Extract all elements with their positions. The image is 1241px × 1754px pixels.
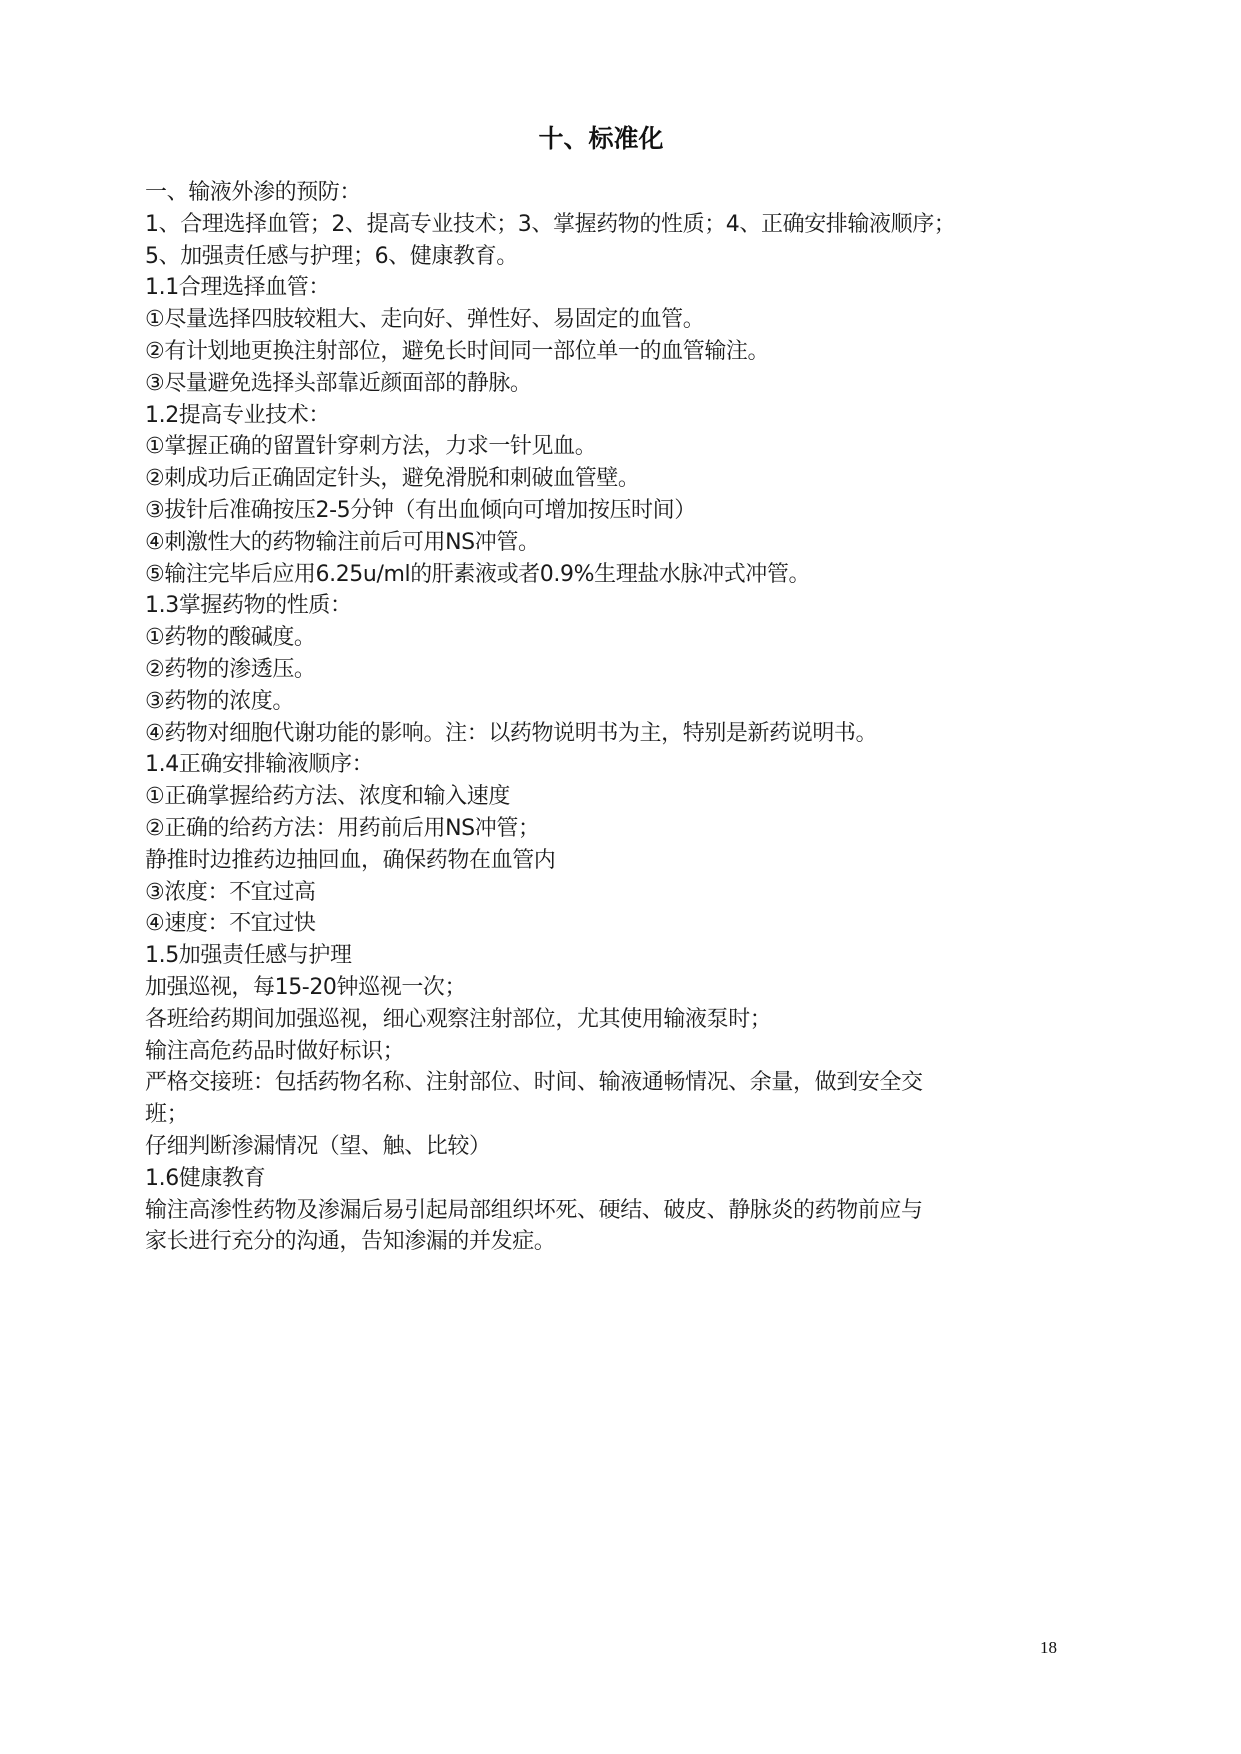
subsection-heading: 1.4正确安排输液顺序： [145, 749, 1065, 781]
paragraph-line: 班； [145, 1099, 1065, 1131]
paragraph-line: 静推时边推药边抽回血，确保药物在血管内 [145, 845, 1065, 877]
page-title: 十、标准化 [0, 124, 1202, 154]
subsection-heading: 1.2提高专业技术： [145, 400, 1065, 432]
list-item: ③尽量避免选择头部靠近颜面部的静脉。 [145, 368, 1065, 400]
subsection-heading: 1.6健康教育 [145, 1163, 1065, 1195]
paragraph-line: 1、合理选择血管；2、提高专业技术；3、掌握药物的性质；4、正确安排输液顺序； [145, 209, 1065, 241]
subsection-heading: 1.3掌握药物的性质： [145, 590, 1065, 622]
paragraph-line: 严格交接班：包括药物名称、注射部位、时间、输液通畅情况、余量，做到安全交 [145, 1067, 1065, 1099]
paragraph-line: 5、加强责任感与护理；6、健康教育。 [145, 241, 1065, 273]
list-item: ②药物的渗透压。 [145, 654, 1065, 686]
document-body: 一、输液外渗的预防： 1、合理选择血管；2、提高专业技术；3、掌握药物的性质；4… [145, 177, 1065, 1258]
paragraph-line: 仔细判断渗漏情况（望、触、比较） [145, 1131, 1065, 1163]
list-item: ③药物的浓度。 [145, 686, 1065, 718]
list-item: ③拔针后准确按压2-5分钟（有出血倾向可增加按压时间） [145, 495, 1065, 527]
list-item: ⑤输注完毕后应用6.25u/ml的肝素液或者0.9%生理盐水脉冲式冲管。 [145, 559, 1065, 591]
list-item: ②刺成功后正确固定针头，避免滑脱和刺破血管壁。 [145, 463, 1065, 495]
list-item: ①掌握正确的留置针穿刺方法，力求一针见血。 [145, 431, 1065, 463]
list-item: ②有计划地更换注射部位，避免长时间同一部位单一的血管输注。 [145, 336, 1065, 368]
list-item: ①药物的酸碱度。 [145, 622, 1065, 654]
paragraph-line: 家长进行充分的沟通，告知渗漏的并发症。 [145, 1226, 1065, 1258]
section-heading: 一、输液外渗的预防： [145, 177, 1065, 209]
page-number: 18 [1040, 1638, 1057, 1658]
list-item: ④速度：不宜过快 [145, 908, 1065, 940]
list-item: ①尽量选择四肢较粗大、走向好、弹性好、易固定的血管。 [145, 304, 1065, 336]
list-item: ②正确的给药方法：用药前后用NS冲管； [145, 813, 1065, 845]
paragraph-line: 各班给药期间加强巡视，细心观察注射部位，尤其使用输液泵时； [145, 1004, 1065, 1036]
paragraph-line: 输注高渗性药物及渗漏后易引起局部组织坏死、硬结、破皮、静脉炎的药物前应与 [145, 1195, 1065, 1227]
subsection-heading: 1.5加强责任感与护理 [145, 940, 1065, 972]
list-item: ③浓度：不宜过高 [145, 877, 1065, 909]
list-item: ①正确掌握给药方法、浓度和输入速度 [145, 781, 1065, 813]
paragraph-line: 加强巡视，每15-20钟巡视一次； [145, 972, 1065, 1004]
subsection-heading: 1.1合理选择血管： [145, 272, 1065, 304]
paragraph-line: 输注高危药品时做好标识； [145, 1036, 1065, 1068]
document-page: 十、标准化 一、输液外渗的预防： 1、合理选择血管；2、提高专业技术；3、掌握药… [0, 0, 1241, 1754]
list-item: ④刺激性大的药物输注前后可用NS冲管。 [145, 527, 1065, 559]
list-item: ④药物对细胞代谢功能的影响。注：以药物说明书为主，特别是新药说明书。 [145, 718, 1065, 750]
